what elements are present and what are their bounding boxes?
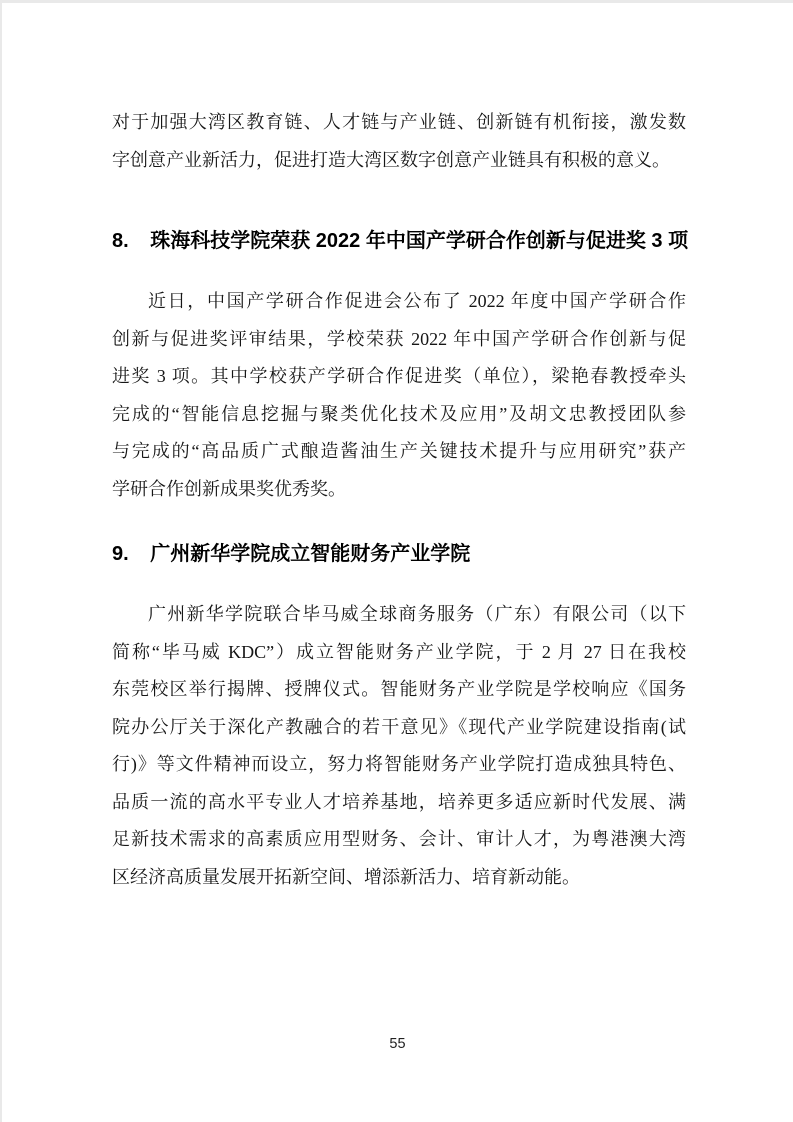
paragraph-line: 进奖 3 项。其中学校获产学研合作促进奖（单位），梁艳春教授牵头: [112, 358, 686, 396]
section-8-paragraph: 近日，中国产学研合作促进会公布了 2022 年度中国产学研合作 创新与促进奖评审…: [112, 283, 686, 508]
paragraph-line: 足新技术需求的高素质应用型财务、会计、审计人才，为粤港澳大湾: [112, 821, 686, 859]
paragraph-line: 行)》等文件精神而设立，努力将智能财务产业学院打造成独具特色、: [112, 746, 686, 784]
section-9-number: 9.: [112, 543, 129, 565]
paragraph-line: 近日，中国产学研合作促进会公布了 2022 年度中国产学研合作: [112, 283, 686, 321]
page-number: 55: [2, 1036, 793, 1052]
paragraph-line: 完成的“智能信息挖掘与聚类优化技术及应用”及胡文忠教授团队参: [112, 396, 686, 434]
paragraph-line: 简称“毕马威 KDC”）成立智能财务产业学院，于 2 月 27 日在我校: [112, 634, 686, 672]
paragraph-line: 学研合作创新成果奖优秀奖。: [112, 471, 686, 509]
section-9-heading: 9. 广州新华学院成立智能财务产业学院: [112, 535, 686, 573]
paragraph-line: 广州新华学院联合毕马威全球商务服务（广东）有限公司（以下: [112, 596, 686, 634]
paragraph-line: 东莞校区举行揭牌、授牌仪式。智能财务产业学院是学校响应《国务: [112, 671, 686, 709]
paragraph-line: 品质一流的高水平专业人才培养基地，培养更多适应新时代发展、满: [112, 784, 686, 822]
paragraph-line: 院办公厅关于深化产教融合的若干意见》《现代产业学院建设指南(试: [112, 709, 686, 747]
page-content: 对于加强大湾区教育链、人才链与产业链、创新链有机衔接，激发数 字创意产业新活力，…: [112, 104, 686, 896]
intro-paragraph: 对于加强大湾区教育链、人才链与产业链、创新链有机衔接，激发数 字创意产业新活力，…: [112, 104, 686, 179]
document-page: 对于加强大湾区教育链、人才链与产业链、创新链有机衔接，激发数 字创意产业新活力，…: [0, 0, 793, 1122]
paragraph-line: 与完成的“高品质广式酿造酱油生产关键技术提升与应用研究”获产: [112, 433, 686, 471]
paragraph-line: 创新与促进奖评审结果，学校荣获 2022 年中国产学研合作创新与促: [112, 321, 686, 359]
section-8-title: 珠海科技学院荣获 2022 年中国产学研合作创新与促进奖 3 项: [150, 230, 688, 252]
paragraph-line: 对于加强大湾区教育链、人才链与产业链、创新链有机衔接，激发数: [112, 104, 686, 142]
section-8-number: 8.: [112, 230, 129, 252]
section-9-title: 广州新华学院成立智能财务产业学院: [150, 543, 470, 565]
section-8-heading: 8. 珠海科技学院荣获 2022 年中国产学研合作创新与促进奖 3 项: [112, 222, 686, 260]
section-9-paragraph: 广州新华学院联合毕马威全球商务服务（广东）有限公司（以下 简称“毕马威 KDC”…: [112, 596, 686, 896]
paragraph-line: 区经济高质量发展开拓新空间、增添新活力、培育新动能。: [112, 859, 686, 897]
paragraph-line: 字创意产业新活力，促进打造大湾区数字创意产业链具有积极的意义。: [112, 142, 686, 180]
